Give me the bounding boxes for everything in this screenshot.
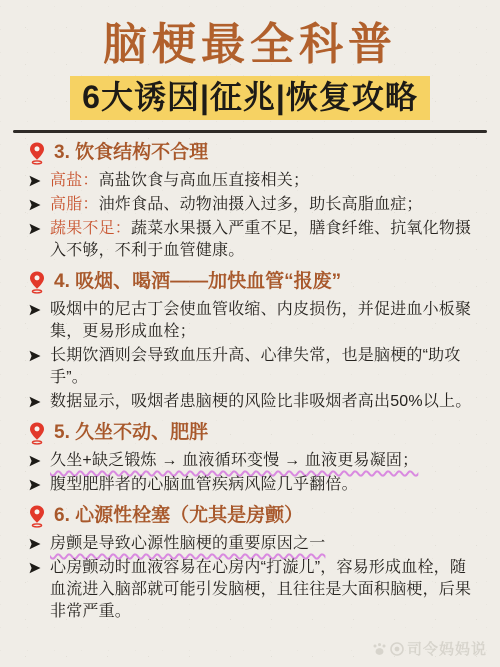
arrow-bullet-icon <box>29 223 41 262</box>
bullet-item: 久坐+缺乏锻炼 → 血液循环变慢 → 血液更易凝固； <box>29 450 474 472</box>
bullet-body: 久坐+缺乏锻炼 → 血液循环变慢 → 血液更易凝固； <box>50 452 418 469</box>
watermark-text: 司令妈妈说 <box>407 638 487 659</box>
bullet-text: 长期饮酒则会导致血压升高、心律失常，也是脑梗的“助攻手”。 <box>50 345 474 389</box>
bullet-text: 高盐：高盐饮食与高血压直接相关； <box>50 170 309 192</box>
bullet-body: 腹型肥胖者的心脑血管疾病风险几乎翻倍。 <box>50 476 358 493</box>
infographic-page: 脑梗最全科普 6大诱因|征兆|恢复攻略 3. 饮食结构不合理 高盐：高盐饮食 <box>0 0 500 667</box>
bullet-lead: 高盐： <box>50 172 99 189</box>
arrow-bullet-icon <box>29 199 41 216</box>
bullet-body: 长期饮酒则会导致血压升高、心律失常，也是脑梗的“助攻手”。 <box>50 347 461 386</box>
location-pin-icon <box>29 422 45 445</box>
bullet-lead: 蔬果不足： <box>50 220 131 237</box>
arrow-bullet-icon <box>29 304 41 343</box>
bullet-text: 房颤是导致心源性脑梗的重要原因之一 <box>50 533 325 555</box>
location-pin-icon <box>29 142 45 165</box>
location-pin-icon <box>29 271 45 294</box>
bullet-text: 腹型肥胖者的心脑血管疾病风险几乎翻倍。 <box>50 474 358 496</box>
watermark: 司令妈妈说 <box>372 638 487 659</box>
section-heading-text: 4. 吸烟、喝酒——加快血管“报废” <box>54 270 341 294</box>
bullet-text: 蔬果不足：蔬菜水果摄入严重不足，膳食纤维、抗氧化物摄入不够，不利于血管健康。 <box>50 218 474 262</box>
page-subtitle: 6大诱因|征兆|恢复攻略 <box>70 76 430 120</box>
bullet-body: 油炸食品、动物油摄入过多，助长高脂血症； <box>99 196 423 213</box>
bullet-item: 房颤是导致心源性脑梗的重要原因之一 <box>29 533 474 555</box>
arrow-bullet-icon <box>29 455 41 472</box>
bullet-text: 心房颤动时血液容易在心房内“打漩儿”，容易形成血栓，随血流进入脑部就可能引发脑梗… <box>50 557 474 623</box>
bullet-lead: 高脂： <box>50 196 99 213</box>
bullet-body: 数据显示，吸烟者患脑梗的风险比非吸烟者高出50%以上。 <box>50 393 471 410</box>
bullet-list: 久坐+缺乏锻炼 → 血液循环变慢 → 血液更易凝固； 腹型肥胖者的心脑血管疾病风… <box>29 450 474 496</box>
bullet-item: 数据显示，吸烟者患脑梗的风险比非吸烟者高出50%以上。 <box>29 391 474 413</box>
arrow-bullet-icon <box>29 562 41 623</box>
bullet-item: 长期饮酒则会导致血压升高、心律失常，也是脑梗的“助攻手”。 <box>29 345 474 389</box>
bullet-text: 久坐+缺乏锻炼 → 血液循环变慢 → 血液更易凝固； <box>50 450 418 472</box>
bullet-text: 高脂：油炸食品、动物油摄入过多，助长高脂血症； <box>50 194 423 216</box>
arrow-bullet-icon <box>29 479 41 496</box>
location-pin-icon <box>29 505 45 528</box>
bullet-list: 房颤是导致心源性脑梗的重要原因之一 心房颤动时血液容易在心房内“打漩儿”，容易形… <box>29 533 474 623</box>
arrow-bullet-icon <box>29 175 41 192</box>
bullet-body: 心房颤动时血液容易在心房内“打漩儿”，容易形成血栓，随血流进入脑部就可能引发脑梗… <box>50 559 471 620</box>
arrow-bullet-icon <box>29 350 41 389</box>
page-title: 脑梗最全科普 <box>0 21 500 69</box>
section-heading: 6. 心源性栓塞（尤其是房颤） <box>29 504 474 528</box>
content: 3. 饮食结构不合理 高盐：高盐饮食与高血压直接相关； 高脂：油炸食品、动物油摄… <box>0 141 500 623</box>
header: 脑梗最全科普 6大诱因|征兆|恢复攻略 <box>0 0 500 133</box>
logo-badge-icon <box>390 642 404 656</box>
bullet-text: 吸烟中的尼古丁会使血管收缩、内皮损伤，并促进血小板聚集，更易形成血栓； <box>50 299 474 343</box>
bullet-item: 吸烟中的尼古丁会使血管收缩、内皮损伤，并促进血小板聚集，更易形成血栓； <box>29 299 474 343</box>
bullet-item: 高脂：油炸食品、动物油摄入过多，助长高脂血症； <box>29 194 474 216</box>
arrow-bullet-icon <box>29 538 41 555</box>
bullet-item: 腹型肥胖者的心脑血管疾病风险几乎翻倍。 <box>29 474 474 496</box>
section-heading-text: 5. 久坐不动、肥胖 <box>54 421 208 445</box>
bullet-body: 吸烟中的尼古丁会使血管收缩、内皮损伤，并促进血小板聚集，更易形成血栓； <box>50 301 471 340</box>
bullet-item: 蔬果不足：蔬菜水果摄入严重不足，膳食纤维、抗氧化物摄入不够，不利于血管健康。 <box>29 218 474 262</box>
bullet-item: 心房颤动时血液容易在心房内“打漩儿”，容易形成血栓，随血流进入脑部就可能引发脑梗… <box>29 557 474 623</box>
arrow-bullet-icon <box>29 396 41 413</box>
section: 6. 心源性栓塞（尤其是房颤） 房颤是导致心源性脑梗的重要原因之一 心房颤动时血… <box>29 504 474 623</box>
bullet-body: 房颤是导致心源性脑梗的重要原因之一 <box>50 535 325 552</box>
bullet-item: 高盐：高盐饮食与高血压直接相关； <box>29 170 474 192</box>
section: 4. 吸烟、喝酒——加快血管“报废” 吸烟中的尼古丁会使血管收缩、内皮损伤，并促… <box>29 270 474 413</box>
bullet-body: 高盐饮食与高血压直接相关； <box>99 172 310 189</box>
sections-list: 3. 饮食结构不合理 高盐：高盐饮食与高血压直接相关； 高脂：油炸食品、动物油摄… <box>29 141 474 623</box>
section-heading-text: 3. 饮食结构不合理 <box>54 141 208 165</box>
subtitle-row: 6大诱因|征兆|恢复攻略 <box>0 76 500 120</box>
bullet-text: 数据显示，吸烟者患脑梗的风险比非吸烟者高出50%以上。 <box>50 391 471 413</box>
section: 3. 饮食结构不合理 高盐：高盐饮食与高血压直接相关； 高脂：油炸食品、动物油摄… <box>29 141 474 262</box>
section-heading: 4. 吸烟、喝酒——加快血管“报废” <box>29 270 474 294</box>
bullet-list: 吸烟中的尼古丁会使血管收缩、内皮损伤，并促进血小板聚集，更易形成血栓； 长期饮酒… <box>29 299 474 413</box>
bullet-list: 高盐：高盐饮食与高血压直接相关； 高脂：油炸食品、动物油摄入过多，助长高脂血症；… <box>29 170 474 262</box>
section-heading-text: 6. 心源性栓塞（尤其是房颤） <box>54 504 303 528</box>
section: 5. 久坐不动、肥胖 久坐+缺乏锻炼 → 血液循环变慢 → 血液更易凝固； 腹型… <box>29 421 474 496</box>
paw-icon <box>372 642 387 656</box>
section-heading: 5. 久坐不动、肥胖 <box>29 421 474 445</box>
header-divider <box>13 130 487 133</box>
section-heading: 3. 饮食结构不合理 <box>29 141 474 165</box>
